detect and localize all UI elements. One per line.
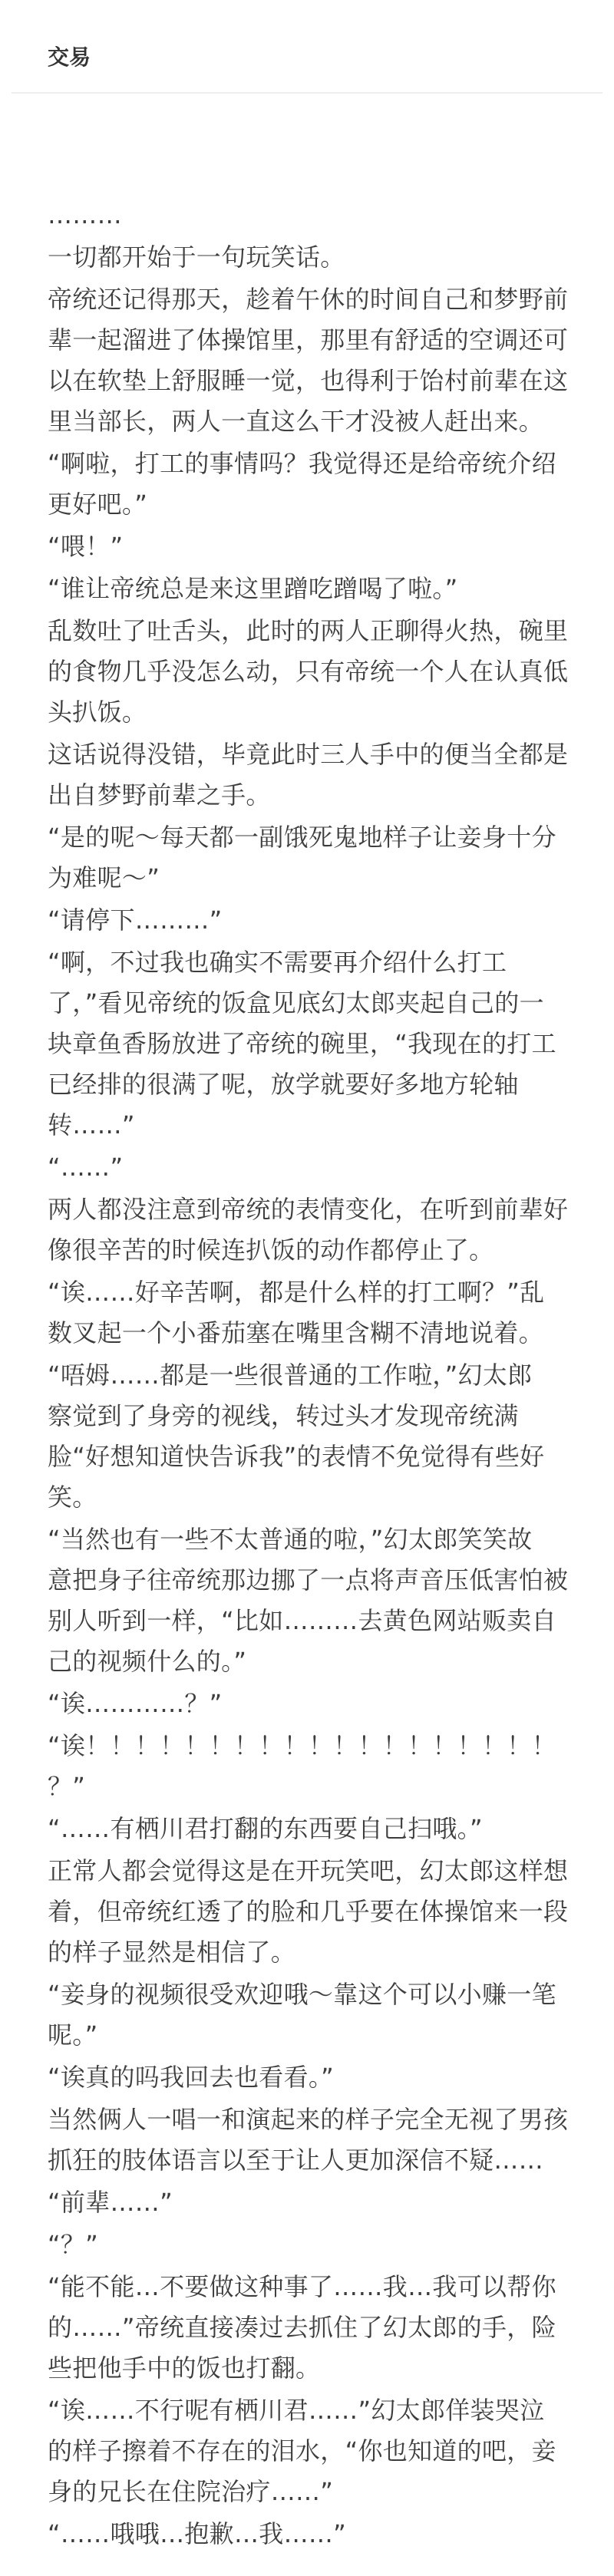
article-paragraph: “请停下………” <box>48 900 585 941</box>
text-line: “啊啦，打工的事情吗？我觉得还是给帝统介绍 <box>48 444 585 484</box>
text-line: “妾身的视频很受欢迎哦～靠这个可以小赚一笔 <box>48 1974 585 2015</box>
text-line: 像很辛苦的时候连扒饭的动作都停止了。 <box>48 1230 585 1271</box>
article-paragraph: “能不能…不要做这种事了……我…我可以帮你的……”帝统直接凑过去抓住了幻太郎的手… <box>48 2267 585 2389</box>
text-line: 己的视频什么的。” <box>48 1641 585 1682</box>
article-paragraph: 这话说得没错，毕竟此时三人手中的便当全都是出自梦野前辈之手。 <box>48 734 585 816</box>
article-paragraph: “诶！！！！！！！！！！！！！！！！！！！？” <box>48 1726 585 1807</box>
article-paragraph: “？” <box>48 2225 585 2265</box>
text-line: “请停下………” <box>48 900 585 941</box>
text-line: 头扒饭。 <box>48 692 585 733</box>
text-line: “谁让帝统总是来这里蹭吃蹭喝了啦。” <box>48 569 585 609</box>
article-paragraph: “诶……好辛苦啊，都是什么样的打工啊？”乱数叉起一个小番茄塞在嘴里含糊不清地说着… <box>48 1272 585 1354</box>
text-line: “能不能…不要做这种事了……我…我可以帮你 <box>48 2267 585 2307</box>
text-line: 已经排的很满了呢，放学就要好多地方轮轴 <box>48 1064 585 1105</box>
text-line: 察觉到了身旁的视线，转过头才发现帝统满 <box>48 1396 585 1436</box>
text-line: “诶真的吗我回去也看看。” <box>48 2057 585 2098</box>
text-line: 里当部长，两人一直这么干才没被人赶出来。 <box>48 401 585 442</box>
text-line: 帝统还记得那天，趁着午休的时间自己和梦野前 <box>48 279 585 320</box>
article-paragraph: “喂！” <box>48 526 585 567</box>
article-paragraph: “……有栖川君打翻的东西要自己扫哦。” <box>48 1809 585 1849</box>
text-line: 这话说得没错，毕竟此时三人手中的便当全都是 <box>48 734 585 775</box>
article-paragraph: “啊，不过我也确实不需要再介绍什么打工了，”看见帝统的饭盒见底幻太郎夹起自己的一… <box>48 942 585 1146</box>
article-paragraph: 帝统还记得那天，趁着午休的时间自己和梦野前辈一起溜进了体操馆里，那里有舒适的空调… <box>48 279 585 442</box>
text-line: 转……” <box>48 1105 585 1146</box>
article-paragraph: “……” <box>48 1147 585 1188</box>
text-line: “……有栖川君打翻的东西要自己扫哦。” <box>48 1809 585 1849</box>
text-line: 更好吧。” <box>48 484 585 525</box>
article-paragraph: “谁让帝统总是来这里蹭吃蹭喝了啦。” <box>48 569 585 609</box>
text-line: 身的兄长在住院治疗……” <box>48 2472 585 2512</box>
text-line: “……哦哦…抱歉…我……” <box>48 2514 585 2555</box>
text-line: 辈一起溜进了体操馆里，那里有舒适的空调还可 <box>48 320 585 361</box>
text-line: “喂！” <box>48 526 585 567</box>
article-paragraph: “诶真的吗我回去也看看。” <box>48 2057 585 2098</box>
text-line: 呢。” <box>48 2015 585 2056</box>
text-line: 的样子显然是相信了。 <box>48 1932 585 1973</box>
article-paragraph: “诶……不行呢有栖川君……”幻太郎佯装哭泣的样子擦着不存在的泪水，“你也知道的吧… <box>48 2390 585 2512</box>
article-paragraph: “是的呢～每天都一副饿死鬼地样子让妾身十分为难呢～” <box>48 817 585 899</box>
text-line: 一切都开始于一句玩笑话。 <box>48 237 585 278</box>
article-paragraph: “妾身的视频很受欢迎哦～靠这个可以小赚一笔呢。” <box>48 1974 585 2056</box>
text-line: ？” <box>48 1766 585 1807</box>
text-line: 抓狂的肢体语言以至于让人更加深信不疑…… <box>48 2140 585 2181</box>
article-body: ………一切都开始于一句玩笑话。帝统还记得那天，趁着午休的时间自己和梦野前辈一起溜… <box>48 195 585 2556</box>
text-line: 的……”帝统直接凑过去抓住了幻太郎的手，险 <box>48 2307 585 2348</box>
article-paragraph: ……… <box>48 195 585 236</box>
text-line: 些把他手中的饭也打翻。 <box>48 2348 585 2389</box>
text-line: 当然俩人一唱一和演起来的样子完全无视了男孩 <box>48 2099 585 2140</box>
article-paragraph: 乱数吐了吐舌头，此时的两人正聊得火热，碗里的食物几乎没怎么动，只有帝统一个人在认… <box>48 611 585 733</box>
article-paragraph: “……哦哦…抱歉…我……” <box>48 2514 585 2555</box>
text-line: 以在软垫上舒服睡一觉，也得利于饴村前辈在这 <box>48 361 585 401</box>
article-paragraph: 正常人都会觉得这是在开玩笑吧，幻太郎这样想着，但帝统红透了的脸和几乎要在体操馆来… <box>48 1851 585 1973</box>
article-paragraph: “诶…………？” <box>48 1684 585 1724</box>
page-title: 交易 <box>48 45 91 71</box>
article-paragraph: “啊啦，打工的事情吗？我觉得还是给帝统介绍更好吧。” <box>48 444 585 525</box>
text-line: “唔姆……都是一些很普通的工作啦，”幻太郎 <box>48 1355 585 1396</box>
text-line: 笑。 <box>48 1477 585 1518</box>
text-line: “前辈……” <box>48 2182 585 2223</box>
article-paragraph: “前辈……” <box>48 2182 585 2223</box>
text-line: 正常人都会觉得这是在开玩笑吧，幻太郎这样想 <box>48 1851 585 1892</box>
article-paragraph: “当然也有一些不太普通的啦，”幻太郎笑笑故意把身子往帝统那边挪了一点将声音压低害… <box>48 1519 585 1682</box>
text-line: “？” <box>48 2225 585 2265</box>
text-line: 脸“好想知道快告诉我”的表情不免觉得有些好 <box>48 1436 585 1477</box>
text-line: 的食物几乎没怎么动，只有帝统一个人在认真低 <box>48 651 585 692</box>
text-line: 数叉起一个小番茄塞在嘴里含糊不清地说着。 <box>48 1313 585 1354</box>
text-line: “当然也有一些不太普通的啦，”幻太郎笑笑故 <box>48 1519 585 1560</box>
text-line: 为难呢～” <box>48 858 585 899</box>
text-line: 别人听到一样，“比如………去黄色网站贩卖自 <box>48 1601 585 1641</box>
article-paragraph: 两人都没注意到帝统的表情变化，在听到前辈好像很辛苦的时候连扒饭的动作都停止了。 <box>48 1189 585 1271</box>
text-line: “诶……好辛苦啊，都是什么样的打工啊？”乱 <box>48 1272 585 1313</box>
page-header: 交易 <box>0 0 614 93</box>
text-line: 了，”看见帝统的饭盒见底幻太郎夹起自己的一 <box>48 983 585 1024</box>
text-line: “啊，不过我也确实不需要再介绍什么打工 <box>48 942 585 983</box>
article-paragraph: 当然俩人一唱一和演起来的样子完全无视了男孩抓狂的肢体语言以至于让人更加深信不疑…… <box>48 2099 585 2181</box>
article-paragraph: “唔姆……都是一些很普通的工作啦，”幻太郎察觉到了身旁的视线，转过头才发现帝统满… <box>48 1355 585 1518</box>
text-line: 出自梦野前辈之手。 <box>48 775 585 816</box>
text-line: “诶！！！！！！！！！！！！！！！！！！！ <box>48 1726 585 1766</box>
text-line: 的样子擦着不存在的泪水，“你也知道的吧，妾 <box>48 2431 585 2472</box>
text-line: “是的呢～每天都一副饿死鬼地样子让妾身十分 <box>48 817 585 858</box>
text-line: 乱数吐了吐舌头，此时的两人正聊得火热，碗里 <box>48 611 585 651</box>
text-line: 块章鱼香肠放进了帝统的碗里，“我现在的打工 <box>48 1024 585 1064</box>
text-line: 两人都没注意到帝统的表情变化，在听到前辈好 <box>48 1189 585 1230</box>
text-line: ……… <box>48 195 585 236</box>
text-line: 着，但帝统红透了的脸和几乎要在体操馆来一段 <box>48 1892 585 1932</box>
text-line: 意把身子往帝统那边挪了一点将声音压低害怕被 <box>48 1560 585 1601</box>
header-divider <box>12 92 602 94</box>
text-line: “诶……不行呢有栖川君……”幻太郎佯装哭泣 <box>48 2390 585 2431</box>
text-line: “……” <box>48 1147 585 1188</box>
text-line: “诶…………？” <box>48 1684 585 1724</box>
article-paragraph: 一切都开始于一句玩笑话。 <box>48 237 585 278</box>
